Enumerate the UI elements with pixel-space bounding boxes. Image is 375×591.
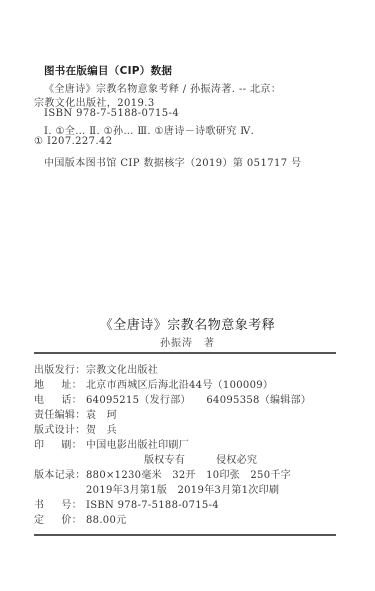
imprint-designer: 版式设计：贺 兵 [34,421,117,436]
imprint-address: 地址：北京市西城区后海北沿44号（100009） [34,376,273,391]
book-title: 《全唐诗》宗教名物意象考释 [0,314,375,333]
cip-line-1: 《全唐诗》宗教名物意象考释 / 孙振涛著. -- 北京： [44,80,281,95]
imprint-publisher: 出版发行：宗教文化出版社 [34,361,158,376]
imprint-editor: 责任编辑：袁 珂 [34,406,117,421]
imprint-price: 定价：88.00元 [34,511,126,526]
divider-top [34,352,336,354]
cip-line-call-number: ① I207.227.42 [34,136,113,147]
cip-line-isbn: ISBN 978-7-5188-0715-4 [44,108,179,119]
cip-heading: 图书在版编目（CIP）数据 [44,63,172,78]
cip-line-2: 宗教文化出版社，2019.3 [34,94,155,109]
imprint-copyright: 版权专有 侵权必究 [144,451,257,466]
imprint-isbn: 书号：ISBN 978-7-5188-0715-4 [34,496,219,511]
imprint-edition-dates: 2019年3月第1版 2019年3月第1次印刷 [86,481,279,496]
imprint-printer: 印刷：中国电影出版社印刷厂 [34,436,189,451]
imprint-edition: 版本记录：880×1230毫米 32开 10印张 250千字 [34,466,291,481]
cip-line-classification: Ⅰ. ①全… Ⅱ. ①孙… Ⅲ. ①唐诗－诗歌研究 Ⅳ. [44,122,254,137]
book-author: 孙振涛 著 [0,334,375,349]
cip-record-number: 中国版本图书馆 CIP 数据核字（2019）第 051717 号 [44,154,301,169]
imprint-phone: 电话：64095215（发行部） 64095358（编辑部） [34,391,311,406]
divider-bottom [34,534,336,536]
